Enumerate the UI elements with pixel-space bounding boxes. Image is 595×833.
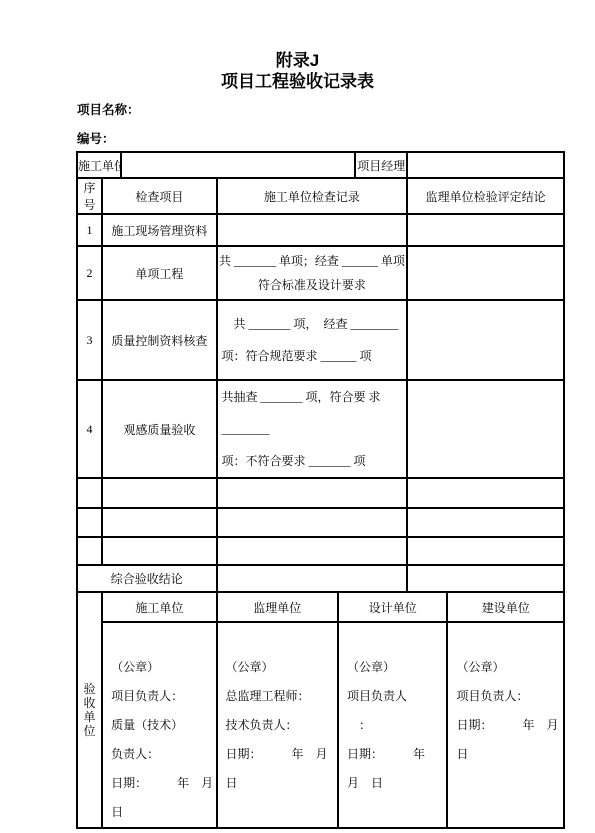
row-no: 1 [77,214,102,246]
row-record [217,478,408,508]
col-header-item: 检查项目 [102,178,216,214]
document-page: 附录J 项目工程验收记录表 项目名称： 编号： 施工单位 项目经理 序号 检查项… [0,0,595,833]
empty-row [77,508,564,537]
row-item: 施工现场管理资料 [102,214,216,246]
summary-verdict-cell [407,565,564,592]
row-verdict [407,508,564,537]
row-verdict [407,300,564,380]
header-row: 序号 检查项目 施工单位检查记录 监理单位检验评定结论 [77,178,564,214]
row-no [77,478,102,508]
row-verdict [407,380,564,478]
empty-row [77,478,564,508]
row-no: 3 [77,300,102,380]
row-record [217,537,408,565]
table-row: 1 施工现场管理资料 [77,214,564,246]
col-header-no: 序号 [77,178,102,214]
row-item [102,478,216,508]
builder-label-cell: 施工单位 [77,152,121,178]
table-row: 3 质量控制资料核查 共 _______ 项， 经查 ________ 项：符合… [77,300,564,380]
table-row: 4 观感质量验收 共抽查 _______ 项，符合要 求 ________ 项：… [77,380,564,478]
col-header-verdict: 监理单位检验评定结论 [407,178,564,214]
signoff-body-designer: （公章） 项目负责人 ： 日期： 年 月 日 [338,622,447,828]
row-record: 共 _______ 项， 经查 ________ 项：符合规范要求 ______… [217,300,408,380]
row-record: 共 _______ 单项；经查 ______ 单项 符合标准及设计要求 [217,246,408,300]
acceptance-record-table: 施工单位 项目经理 序号 检查项目 施工单位检查记录 监理单位检验评定结论 1 … [76,151,565,829]
row-verdict [407,478,564,508]
signoff-header-row: 验收 单位 施工单位 监理单位 设计单位 建设单位 [77,592,564,622]
manager-value-cell [407,152,564,178]
row-item [102,508,216,537]
code-label: 编号： [77,129,115,147]
row-record [217,214,408,246]
row-item: 质量控制资料核查 [102,300,216,380]
row-no: 4 [77,380,102,478]
signoff-header-supervisor: 监理单位 [217,592,338,622]
table-row: 2 单项工程 共 _______ 单项；经查 ______ 单项 符合标准及设计… [77,246,564,300]
row-record [217,508,408,537]
signoff-body-row: （公章） 项目负责人： 质量（技术） 负责人： 日期： 年 月 日 （公章） 总… [77,622,564,828]
row-item [102,537,216,565]
row-verdict [407,537,564,565]
row-record: 共抽查 _______ 项，符合要 求 ________ 项：不符合要求 ___… [217,380,408,478]
summary-label-cell: 综合验收结论 [77,565,217,592]
signoff-body-builder: （公章） 项目负责人： 质量（技术） 负责人： 日期： 年 月 日 [102,622,216,828]
row-no [77,508,102,537]
signoff-header-builder: 施工单位 [102,592,216,622]
signoff-header-owner: 建设单位 [447,592,564,622]
col-header-record: 施工单位检查记录 [217,178,408,214]
row-item: 观感质量验收 [102,380,216,478]
info-row: 施工单位 项目经理 [77,152,564,178]
row-verdict [407,214,564,246]
acceptance-unit-label: 验收 单位 [77,592,102,828]
row-verdict [407,246,564,300]
summary-row: 综合验收结论 [77,565,564,592]
page-title: 附录J 项目工程验收记录表 [0,50,595,92]
empty-row [77,537,564,565]
project-name-label: 项目名称： [77,100,140,118]
manager-label-cell: 项目经理 [355,152,407,178]
row-no [77,537,102,565]
row-item: 单项工程 [102,246,216,300]
row-no: 2 [77,246,102,300]
builder-value-cell [121,152,355,178]
summary-record-cell [217,565,408,592]
signoff-body-owner: （公章） 项目负责人： 日期： 年 月 日 [447,622,564,828]
signoff-header-designer: 设计单位 [338,592,447,622]
signoff-body-supervisor: （公章） 总监理工程师： 技术负责人： 日期： 年 月 日 [217,622,338,828]
